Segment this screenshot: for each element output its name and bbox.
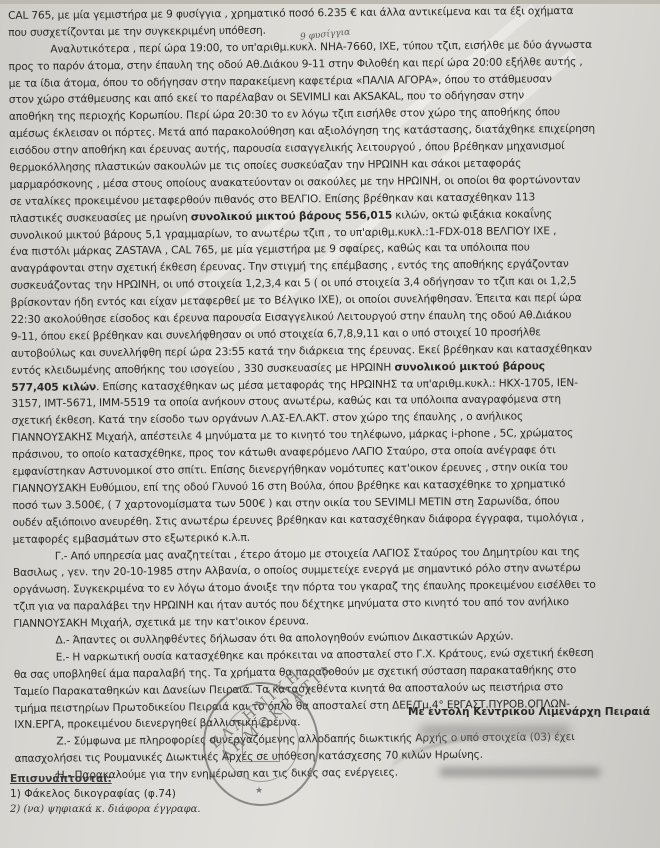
signature-line: Με εντολή Κεντρικού Λιμενάρχη Πειραιά <box>408 706 650 718</box>
attachments-section: Επισυνάπτονται: 1) Φάκελος δικογραφίας (… <box>10 772 201 817</box>
star-icon: ★ <box>255 786 263 796</box>
attachment-item-handwritten: 2) (να) ψηφιακά κ. διάφορα έγγραφα. <box>10 802 201 817</box>
redacted-title <box>440 768 600 776</box>
coat-of-arms-icon <box>242 724 280 762</box>
redacted-name <box>420 726 570 736</box>
attachments-header: Επισυνάπτονται: <box>10 772 201 787</box>
attachment-item: 1) Φάκελος δικογραφίας (φ.74) <box>10 787 201 802</box>
official-stamp: ΕΛΛΗΝΙΚΗ ΔΗΜΟΚΡΑΤΙΑ ★ <box>203 682 319 806</box>
document-photo: CAL 765, με μία γεμιστήρα με 9 φυσίγγια … <box>0 0 660 848</box>
